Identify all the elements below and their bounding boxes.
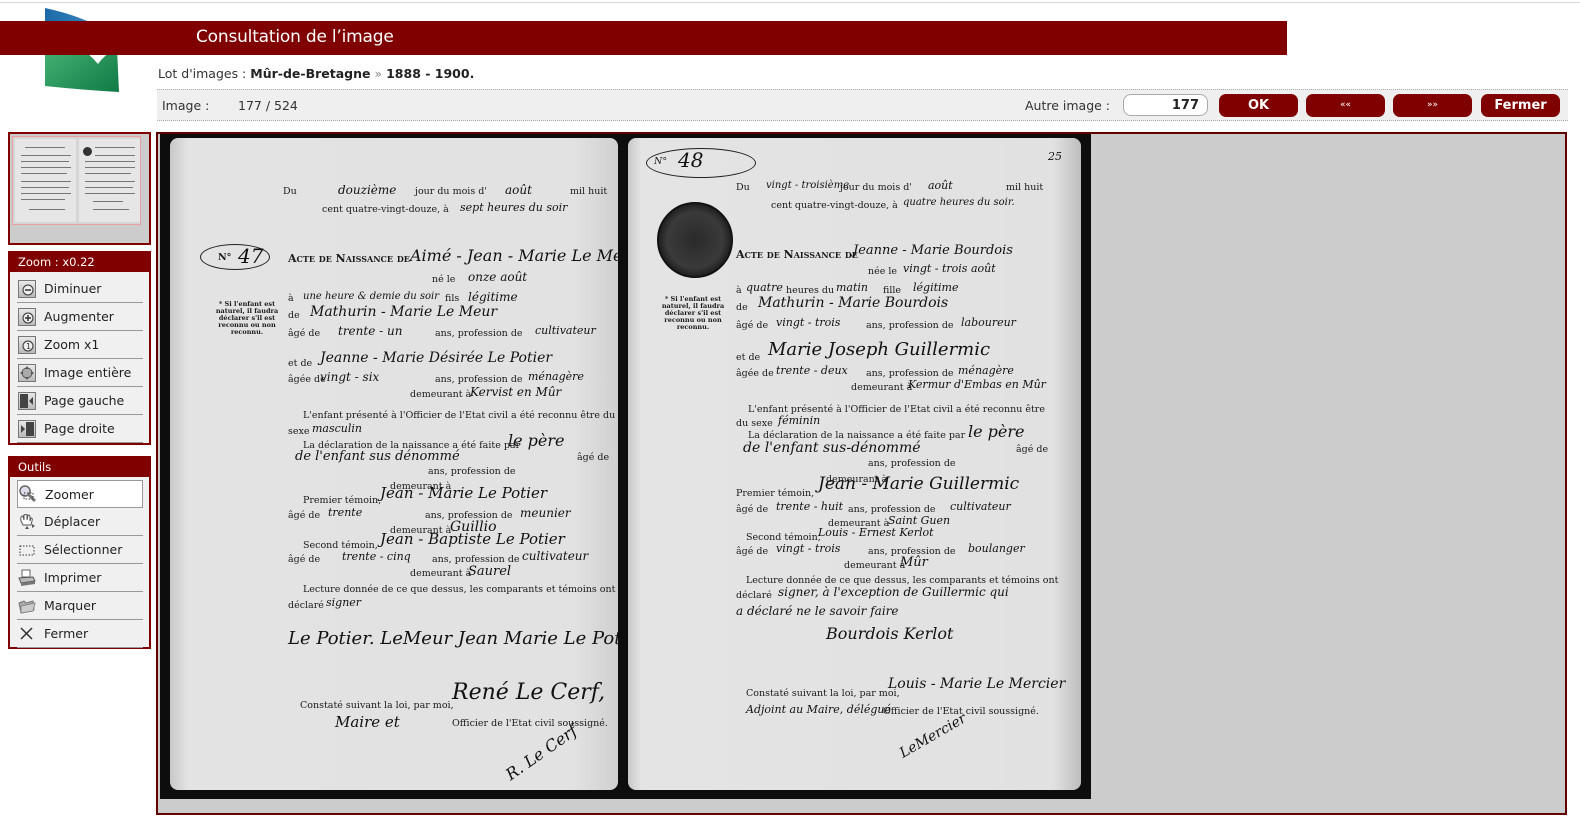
zoom-level-title: Zoom : x0.22 xyxy=(10,253,149,272)
child-name: Aimé - Jean - Marie Le Meur xyxy=(410,246,618,265)
act-number: 47 xyxy=(238,244,263,268)
register-scan[interactable]: Du douzième jour du mois d' août mil hui… xyxy=(160,134,1091,799)
page-title: Consultation de l’image xyxy=(196,27,394,47)
mark-button[interactable]: Marquer xyxy=(17,592,143,620)
zoom-in-icon xyxy=(17,307,37,327)
act-number: 48 xyxy=(678,148,703,172)
zoom-out-label: Diminuer xyxy=(44,281,101,296)
breadcrumb-place[interactable]: Mûr-de-Bretagne xyxy=(250,66,370,81)
mark-label: Marquer xyxy=(44,598,96,613)
image-counter: 177 / 524 xyxy=(238,98,298,113)
zoom-tool-button[interactable]: Zoomer xyxy=(17,480,143,508)
right-page: N° 48 25 Du vingt - troisième jour du mo… xyxy=(628,138,1081,790)
signatures: Le Potier. LeMeur Jean Marie Le Potier xyxy=(288,628,618,649)
zoom-reset-icon: 1 xyxy=(17,335,37,355)
handwritten-day: douzième xyxy=(338,183,396,197)
breadcrumb-separator: » xyxy=(374,66,382,81)
select-tool-button[interactable]: Sélectionner xyxy=(17,536,143,564)
right-page-icon xyxy=(17,419,37,439)
close-icon xyxy=(17,624,37,644)
select-tool-label: Sélectionner xyxy=(44,542,122,557)
left-page-label: Page gauche xyxy=(44,393,124,408)
zoom-panel: Zoom : x0.22 Diminuer Augmenter 1 Zoom x… xyxy=(8,251,151,445)
selection-rectangle-icon xyxy=(17,540,37,560)
image-navigation-bar: Image : 177 / 524 Autre image : OK «« »»… xyxy=(157,89,1568,121)
folio-number: 25 xyxy=(1048,150,1062,163)
child-name: Jeanne - Marie Bourdois xyxy=(853,243,1013,258)
move-tool-label: Déplacer xyxy=(44,514,100,529)
lot-label: Lot d'images : xyxy=(158,66,246,81)
image-thumbnail[interactable] xyxy=(12,136,141,225)
ok-button[interactable]: OK xyxy=(1219,94,1298,117)
printer-icon xyxy=(17,568,37,588)
previous-image-button[interactable]: «« xyxy=(1306,94,1385,117)
svg-text:1: 1 xyxy=(26,342,31,351)
close-tool-button[interactable]: Fermer xyxy=(17,620,143,648)
zoom-tool-label: Zoomer xyxy=(45,487,94,502)
breadcrumb: Lot d'images : Mûr-de-Bretagne » 1888 - … xyxy=(158,66,474,81)
fit-image-icon xyxy=(17,363,37,383)
image-label: Image : xyxy=(162,98,209,113)
move-tool-button[interactable]: Déplacer xyxy=(17,508,143,536)
officer-signature: LeMercier xyxy=(897,711,969,762)
zoom-in-label: Augmenter xyxy=(44,309,114,324)
other-image-input[interactable] xyxy=(1123,94,1208,116)
thumbnail-panel xyxy=(8,132,151,245)
zoom-in-button[interactable]: Augmenter xyxy=(17,303,143,331)
hand-move-icon xyxy=(17,512,37,532)
officer-signature: R. Le Cerf xyxy=(502,721,581,784)
breadcrumb-period: 1888 - 1900. xyxy=(386,66,474,81)
signatures: Bourdois Kerlot xyxy=(826,624,953,643)
tools-title: Outils xyxy=(10,458,149,477)
zoom-reset-label: Zoom x1 xyxy=(44,337,99,352)
left-page-icon xyxy=(17,391,37,411)
left-page-button[interactable]: Page gauche xyxy=(17,387,143,415)
magnifier-select-icon xyxy=(18,484,38,504)
close-button[interactable]: Fermer xyxy=(1481,94,1560,117)
other-image-label: Autre image : xyxy=(1025,98,1110,113)
fit-image-button[interactable]: Image entière xyxy=(17,359,143,387)
republique-francaise-stamp-icon xyxy=(657,202,733,278)
title-bar: Consultation de l’image xyxy=(0,21,1287,55)
left-page: Du douzième jour du mois d' août mil hui… xyxy=(170,138,618,790)
right-page-button[interactable]: Page droite xyxy=(17,415,143,443)
print-label: Imprimer xyxy=(44,570,101,585)
zoom-out-button[interactable]: Diminuer xyxy=(17,275,143,303)
fit-image-label: Image entière xyxy=(44,365,131,380)
zoom-out-icon xyxy=(17,279,37,299)
top-divider xyxy=(0,2,1580,3)
image-viewer[interactable]: Du douzième jour du mois d' août mil hui… xyxy=(156,132,1567,815)
folder-bookmark-icon xyxy=(17,596,37,616)
tools-panel: Outils Zoomer Déplacer Sélectionner Impr… xyxy=(8,456,151,649)
margin-note: * Si l'enfant est naturel, il faudra déc… xyxy=(658,296,728,331)
next-image-button[interactable]: »» xyxy=(1393,94,1472,117)
print-button[interactable]: Imprimer xyxy=(17,564,143,592)
right-page-label: Page droite xyxy=(44,421,115,436)
zoom-reset-button[interactable]: 1 Zoom x1 xyxy=(17,331,143,359)
close-tool-label: Fermer xyxy=(44,626,88,641)
margin-note: * Si l'enfant est naturel, il faudra déc… xyxy=(212,301,282,336)
